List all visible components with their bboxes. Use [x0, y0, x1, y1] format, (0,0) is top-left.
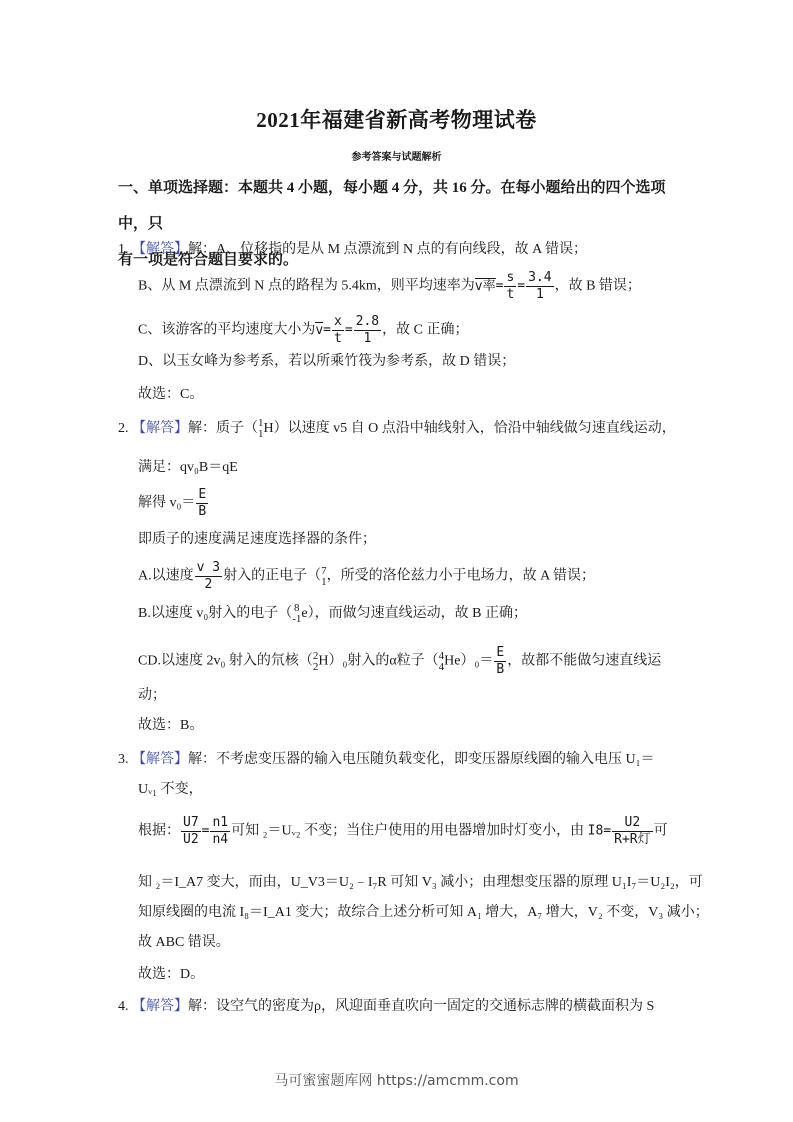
q2-choice: 故选：B。: [138, 716, 203, 736]
q4-line-1: 4. 【解答】解：设空气的密度为ρ，风迎面垂直吹向一固定的交通标志牌的横截面积为…: [118, 997, 654, 1017]
q2-option-a: A.以速度v 32射入的正电子（71，所受的洛伦兹力小于电场力，故 A 错误；: [138, 560, 595, 593]
q2-satisfy: 满足：qv₀B＝qE: [138, 458, 238, 478]
footer-watermark: 马可蜜蜜题库网 https://amcmm.com: [0, 1070, 793, 1090]
section-heading: 一、单项选择题：本题共 4 小题，每小题 4 分，共 16 分。在每小题给出的四…: [118, 170, 688, 278]
q3-line-2: Uᵥ₁ 不变，: [138, 780, 203, 800]
answer-tag: 【解答】: [132, 421, 188, 436]
q1-line-b: B、从 M 点漂流到 N 点的路程为 5.4km，则平均速率为v率=st=3.4…: [138, 270, 641, 303]
q1-line-d: D、以玉女峰为参考系，若以所乘竹筏为参考系，故 D 错误；: [138, 352, 515, 372]
q2-option-b: B.以速度 v₀射入的电子（8-1e），而做匀速直线运动，故 B 正确；: [138, 603, 527, 625]
q2-option-cd: CD.以速度 2v₀ 射入的氘核（22H）₀射入的α粒子（44He）₀＝EB，故…: [138, 645, 661, 678]
page-subtitle: 参考答案与试题解析: [0, 148, 793, 163]
q2-option-cd-cont: 动；: [138, 686, 166, 706]
q3-line-1: 3. 【解答】解：不考虑变压器的输入电压随负载变化，即变压器原线圈的输入电压 U…: [118, 750, 655, 770]
q3-line-4: 知 ₂＝I_A7 变大，而由，U_V3＝U₂﹣I₇R 可知 V₃ 减小；由理想变…: [138, 873, 703, 893]
q1-choice: 故选：C。: [138, 385, 203, 405]
q3-line-6: 故 ABC 错误。: [138, 933, 230, 953]
answer-tag: 【解答】: [132, 999, 188, 1014]
q2-line-1: 2. 【解答】解：质子（11H）以速度 v5 自 O 点沿中轴线射入，恰沿中轴线…: [118, 418, 676, 440]
document-page: 2021年福建省新高考物理试卷 参考答案与试题解析 一、单项选择题：本题共 4 …: [0, 0, 793, 1122]
page-title: 2021年福建省新高考物理试卷: [0, 104, 793, 134]
q1-line-c: C、该游客的平均速度大小为v=xt=2.81，故 C 正确；: [138, 314, 468, 347]
q3-basis: 根据：U7U2=n1n4可知 ₂＝Uᵥ₂ 不变；当住户使用的用电器增加时灯变小，…: [138, 815, 668, 848]
q3-line-5: 知原线圈的电流 I₈＝I_A1 变大；故综合上述分析可知 A₁ 增大，A₇ 增大…: [138, 903, 709, 923]
q1-line-1: 1. 【解答】解：A、位移指的是从 M 点漂流到 N 点的有向线段，故 A 错误…: [118, 240, 587, 260]
answer-tag: 【解答】: [132, 242, 188, 257]
q2-solve: 解得 v₀＝EB: [138, 487, 209, 520]
q3-choice: 故选：D。: [138, 965, 204, 985]
q2-condition: 即质子的速度满足速度选择器的条件；: [138, 530, 376, 550]
answer-tag: 【解答】: [132, 752, 188, 767]
